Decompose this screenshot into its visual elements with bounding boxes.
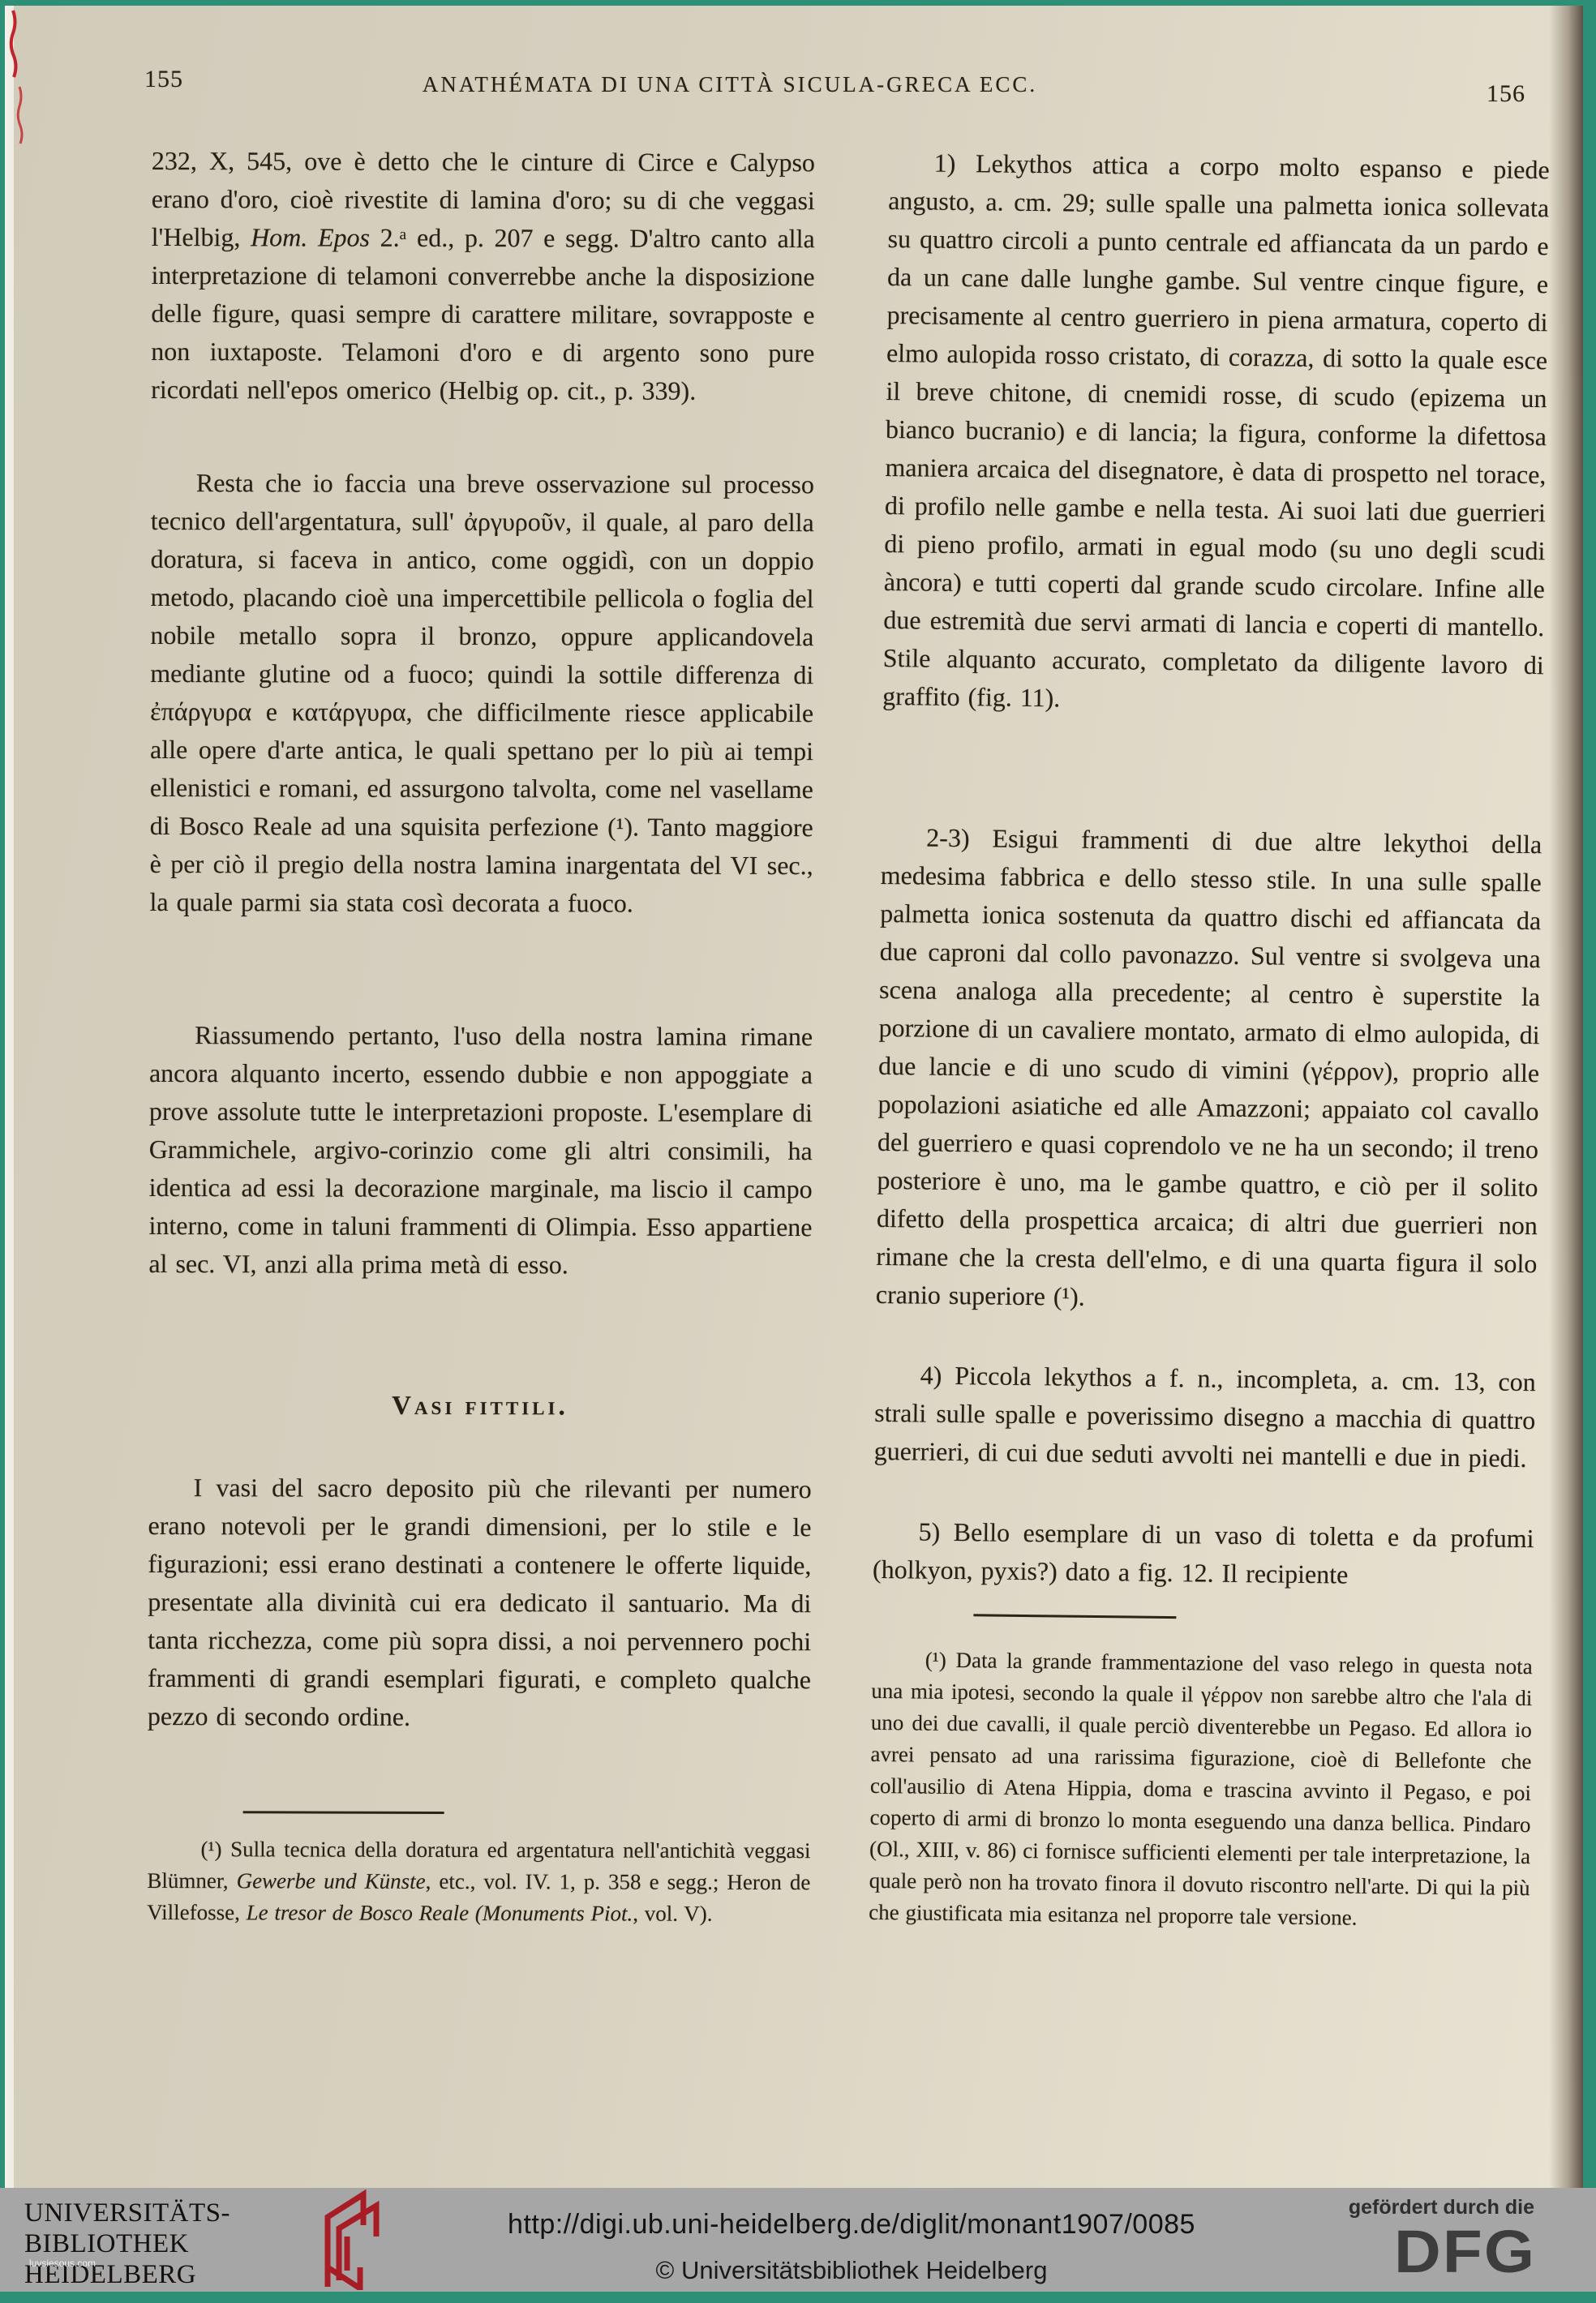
library-name-line2: BIBLIOTHEK bbox=[24, 2228, 230, 2259]
right-text-column: 1) Lekythos attica a corpo molto espanso… bbox=[889, 144, 1550, 151]
digitization-banner: UNIVERSITÄTS- BIBLIOTHEK HEIDELBERG luvs… bbox=[0, 2188, 1596, 2292]
page-edge-shadow bbox=[1549, 6, 1583, 2188]
page-number-right: 156 bbox=[1487, 80, 1525, 108]
italic-citation: Gewerbe und Künste bbox=[237, 1868, 426, 1893]
footnote-separator-rule bbox=[243, 1811, 444, 1814]
paragraph: 1) Lekythos attica a corpo molto espanso… bbox=[882, 144, 1550, 723]
page-number-left: 155 bbox=[144, 66, 183, 93]
dfg-funded-caption: gefördert durch die bbox=[1349, 2196, 1534, 2219]
italic-citation: Le tresor de Bosco Reale (Monuments Piot… bbox=[247, 1900, 633, 1925]
italic-citation: Hom. Epos bbox=[251, 222, 370, 251]
footnote: (¹) Data la grande frammentazione del va… bbox=[869, 1644, 1533, 1936]
footnote-separator-rule bbox=[973, 1614, 1176, 1619]
ub-heidelberg-logo-icon bbox=[285, 2189, 407, 2290]
footnote: (¹) Sulla tecnica della doratura ed arge… bbox=[147, 1833, 810, 1930]
paragraph: Resta che io faccia una breve osservazio… bbox=[149, 464, 813, 923]
source-url[interactable]: http://digi.ub.uni-heidelberg.de/diglit/… bbox=[422, 2209, 1281, 2241]
running-title: ANATHÉMATA DI UNA CITTÀ SICULA-GRECA ECC… bbox=[324, 72, 1135, 97]
library-name-line1: UNIVERSITÄTS- bbox=[24, 2198, 230, 2228]
watermark-text: luvsiesous.com bbox=[29, 2258, 96, 2269]
dfg-logo: DFG bbox=[1394, 2217, 1536, 2286]
library-name: UNIVERSITÄTS- BIBLIOTHEK HEIDELBERG bbox=[24, 2198, 230, 2290]
section-heading: Vasi fittili. bbox=[148, 1391, 812, 1422]
book-page-scan: 155 ANATHÉMATA DI UNA CITTÀ SICULA-GRECA… bbox=[5, 6, 1583, 2188]
paragraph: 5) Bello esemplare di un vaso di toletta… bbox=[873, 1512, 1534, 1596]
paragraph: Riassumendo pertanto, l'uso della nostra… bbox=[148, 1016, 813, 1284]
scanned-book-page-viewer: 155 ANATHÉMATA DI UNA CITTÀ SICULA-GRECA… bbox=[0, 0, 1596, 2303]
paragraph: 232, X, 545, ove è detto che le cinture … bbox=[151, 142, 815, 410]
paragraph: 4) Piccola lekythos a f. n., incompleta,… bbox=[873, 1356, 1536, 1477]
red-pen-marks bbox=[6, 9, 28, 155]
page-gutter-strip bbox=[5, 6, 14, 2188]
left-text-column: 232, X, 545, ove è detto che le cinture … bbox=[152, 142, 815, 144]
footnote-text: , vol. V). bbox=[633, 1902, 712, 1926]
copyright-line: © Universitätsbibliothek Heidelberg bbox=[422, 2256, 1281, 2285]
paragraph: 2-3) Esigui frammenti di due altre lekyt… bbox=[876, 818, 1542, 1321]
paragraph: I vasi del sacro deposito più che rileva… bbox=[148, 1469, 812, 1737]
